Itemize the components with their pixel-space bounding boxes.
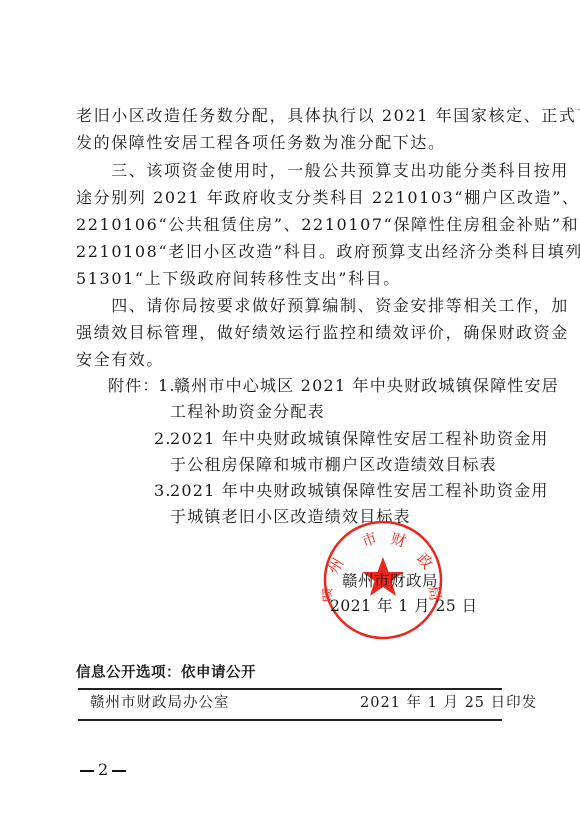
attachment-1-title-line2: 工程补助资金分配表 — [170, 402, 325, 422]
disclosure-option: 信息公开选项：依申请公开 — [76, 664, 256, 682]
issue-date: 2021 年 1 月 25 日 — [330, 596, 478, 616]
body-line-2: 发的保障性安居工程各项任务数为准分配下达。 — [76, 133, 508, 153]
attachment-1-title-line1: 赣州市中心城区 2021 年中央财政城镇保障性安居 — [174, 376, 559, 396]
page-dash-right — [112, 770, 126, 772]
page-dash-left — [80, 770, 94, 772]
page-number: 2 — [76, 760, 130, 780]
attachments-label: 附件： — [108, 376, 160, 396]
body-line-3: 三、该项资金使用时，一般公共预算支出功能分类科目按用 — [76, 161, 508, 181]
body-line-9: 强绩效目标管理，做好绩效运行监控和绩效评价，确保财政资金 — [76, 323, 508, 343]
body-line-6: 2210108“老旧小区改造”科目。政府预算支出经济分类科目填列 — [76, 242, 508, 262]
body-line-8: 四、请你局按要求做好预算编制、资金安排等相关工作，加 — [76, 296, 508, 316]
issuing-office: 赣州市财政局办公室 — [90, 694, 230, 712]
svg-text:市: 市 — [359, 529, 379, 551]
footer-bottom-rule — [78, 719, 502, 721]
page-number-value: 2 — [98, 760, 108, 779]
print-date: 2021 年 1 月 25 日印发 — [360, 694, 537, 712]
body-line-10: 安全有效。 — [76, 350, 508, 370]
footer-top-rule — [78, 688, 502, 690]
svg-text:财: 财 — [389, 529, 408, 550]
body-line-5: 2210106“公共租赁住房”、2210107“保障性住房租金补贴”和 — [76, 215, 508, 235]
svg-text:政: 政 — [413, 550, 436, 573]
attachment-2-title-line1: 2021 年中央财政城镇保障性安居工程补助资金用 — [170, 429, 549, 449]
attachment-2-title-line2: 于公租房保障和城市棚户区改造绩效目标表 — [170, 455, 497, 475]
body-line-7: 51301“上下级政府间转移性支出”科目。 — [76, 269, 508, 289]
body-line-1: 老旧小区改造任务数分配，具体执行以 2021 年国家核定、正式下 — [76, 106, 508, 126]
body-line-4: 途分别列 2021 年政府收支分类科目 2210103“棚户区改造”、 — [76, 188, 508, 208]
attachment-3-title-line1: 2021 年中央财政城镇保障性安居工程补助资金用 — [170, 481, 549, 501]
issuer-name: 赣州市财政局 — [342, 571, 438, 591]
